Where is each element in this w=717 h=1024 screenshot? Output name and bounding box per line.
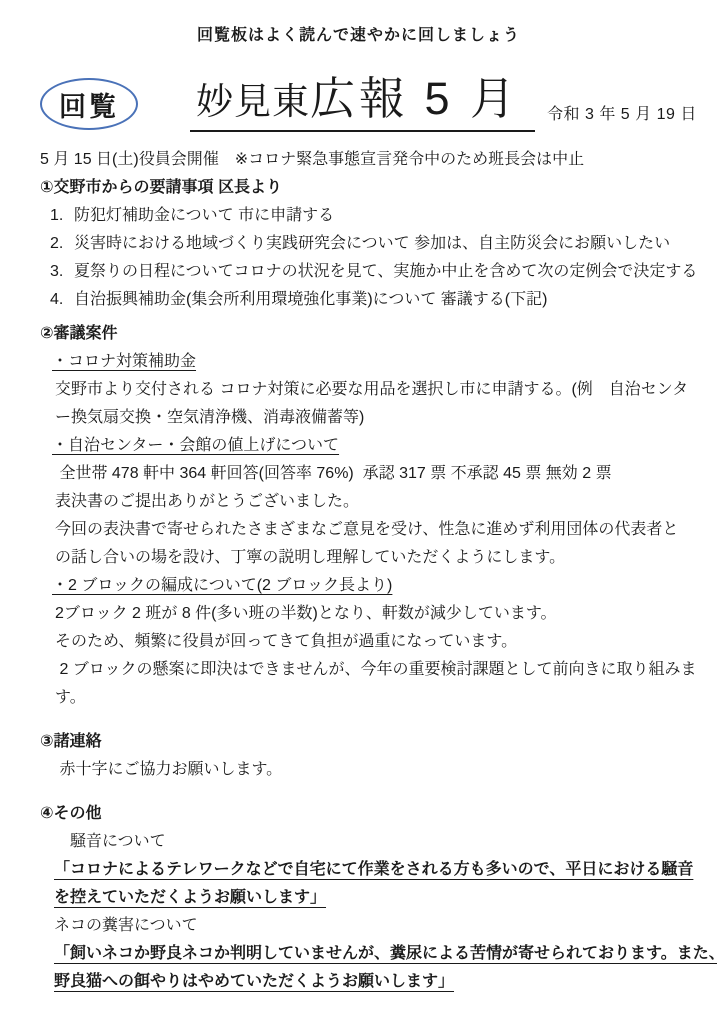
item-number: 2. [50,230,74,258]
list-item: 1. 防犯灯補助金について 市に申請する [40,202,677,230]
issue-date: 令和 3 年 5 月 19 日 [547,101,697,132]
vote-stats-line: 全世帯 478 軒中 364 軒回答(回答率 76%) 承認 317 票 不承認… [40,460,677,488]
topic-body-line: 2ブロック 2 班が 8 件(多い班の半数)となり、軒数が減少しています。 [40,600,677,628]
title-prefix: 妙見東 [196,71,310,125]
topic-body-line: そのため、頻繁に役員が回ってきて負担が過重になっています。 [40,628,677,656]
section4-heading: ④その他 [40,800,677,828]
item-text: 災害時における地域づくり実践研究会について 参加は、自主防災会にお願いしたい [74,230,670,258]
topic-body-line: ー換気扇交換・空気清浄機、消毒液備蓄等) [40,404,677,432]
topic-body-line: 2 ブロックの懸案に即決はできませんが、今年の重要検討課題として前向きに取り組み… [40,656,677,684]
noise-quote-line: 「コロナによるテレワークなどで自宅にて作業をされる方も多いので、平日における騒音 [40,856,677,884]
section2-heading: ②審議案件 [40,320,677,348]
topic-title-block2: ・2 ブロックの編成について(2 ブロック長より) [40,572,677,600]
cat-quote-line: 野良猫への餌やりはやめていただくようお願いします」 [40,968,677,996]
list-item: 4. 自治振興補助金(集会所利用環境強化事業)について 審議する(下記) [40,286,677,314]
topic-body-line: す。 [40,684,677,712]
topic-body-line: 表決書のご提出ありがとうございました。 [40,488,677,516]
noise-topic-label: 騒音について [40,828,677,856]
newsletter-header: 回覧 妙見東 広報 5 月 令和 3 年 5 月 19 日 [40,70,677,132]
item-number: 1. [50,202,74,230]
cat-quote-line: 「飼いネコか野良ネコか判明していませんが、糞尿による苦情が寄せられております。ま… [40,940,677,968]
topic-body-line: 交野市より交付される コロナ対策に必要な用品を選択し市に申請する。(例 自治セン… [40,376,677,404]
topic-title-hall-price: ・自治センター・会館の値上げについて [40,432,677,460]
circulation-notice: 回覧板はよく読んで速やかに回しましょう [40,26,677,46]
noise-quote-line: を控えていただくようお願いします」 [40,884,677,912]
title-main: 広報 5 月 [310,62,519,127]
topic-title-corona-subsidy: ・コロナ対策補助金 [40,348,677,376]
list-item: 3. 夏祭りの日程についてコロナの状況を見て、実施か中止を含めて次の定例会で決定… [40,258,677,286]
section1-heading: ①交野市からの要請事項 区長より [40,174,677,202]
list-item: 2. 災害時における地域づくり実践研究会について 参加は、自主防災会にお願いした… [40,230,677,258]
topic-body-line: の話し合いの場を設け、丁寧の説明し理解していただくようにします。 [40,544,677,572]
item-number: 3. [50,258,74,286]
circulation-stamp: 回覧 [40,78,138,130]
item-text: 防犯灯補助金について 市に申請する [74,202,334,230]
topic-body-line: 今回の表決書で寄せられたさまざまなご意見を受け、性急に進めず利用団体の代表者と [40,516,677,544]
item-number: 4. [50,286,74,314]
section3-heading: ③諸連絡 [40,728,677,756]
newsletter-title: 妙見東 広報 5 月 [190,62,535,132]
newsletter-body: 5 月 15 日(土)役員会開催 ※コロナ緊急事態宣言発令中のため班長会は中止 … [40,146,677,996]
item-text: 自治振興補助金(集会所利用環境強化事業)について 審議する(下記) [74,286,547,314]
meeting-intro-line: 5 月 15 日(土)役員会開催 ※コロナ緊急事態宣言発令中のため班長会は中止 [40,146,677,174]
redcross-line: 赤十字にご協力お願いします。 [40,756,677,784]
cat-topic-label: ネコの糞害について [40,912,677,940]
newsletter-page: 回覧板はよく読んで速やかに回しましょう 回覧 妙見東 広報 5 月 令和 3 年… [0,0,717,1024]
item-text: 夏祭りの日程についてコロナの状況を見て、実施か中止を含めて次の定例会で決定する [74,258,697,286]
